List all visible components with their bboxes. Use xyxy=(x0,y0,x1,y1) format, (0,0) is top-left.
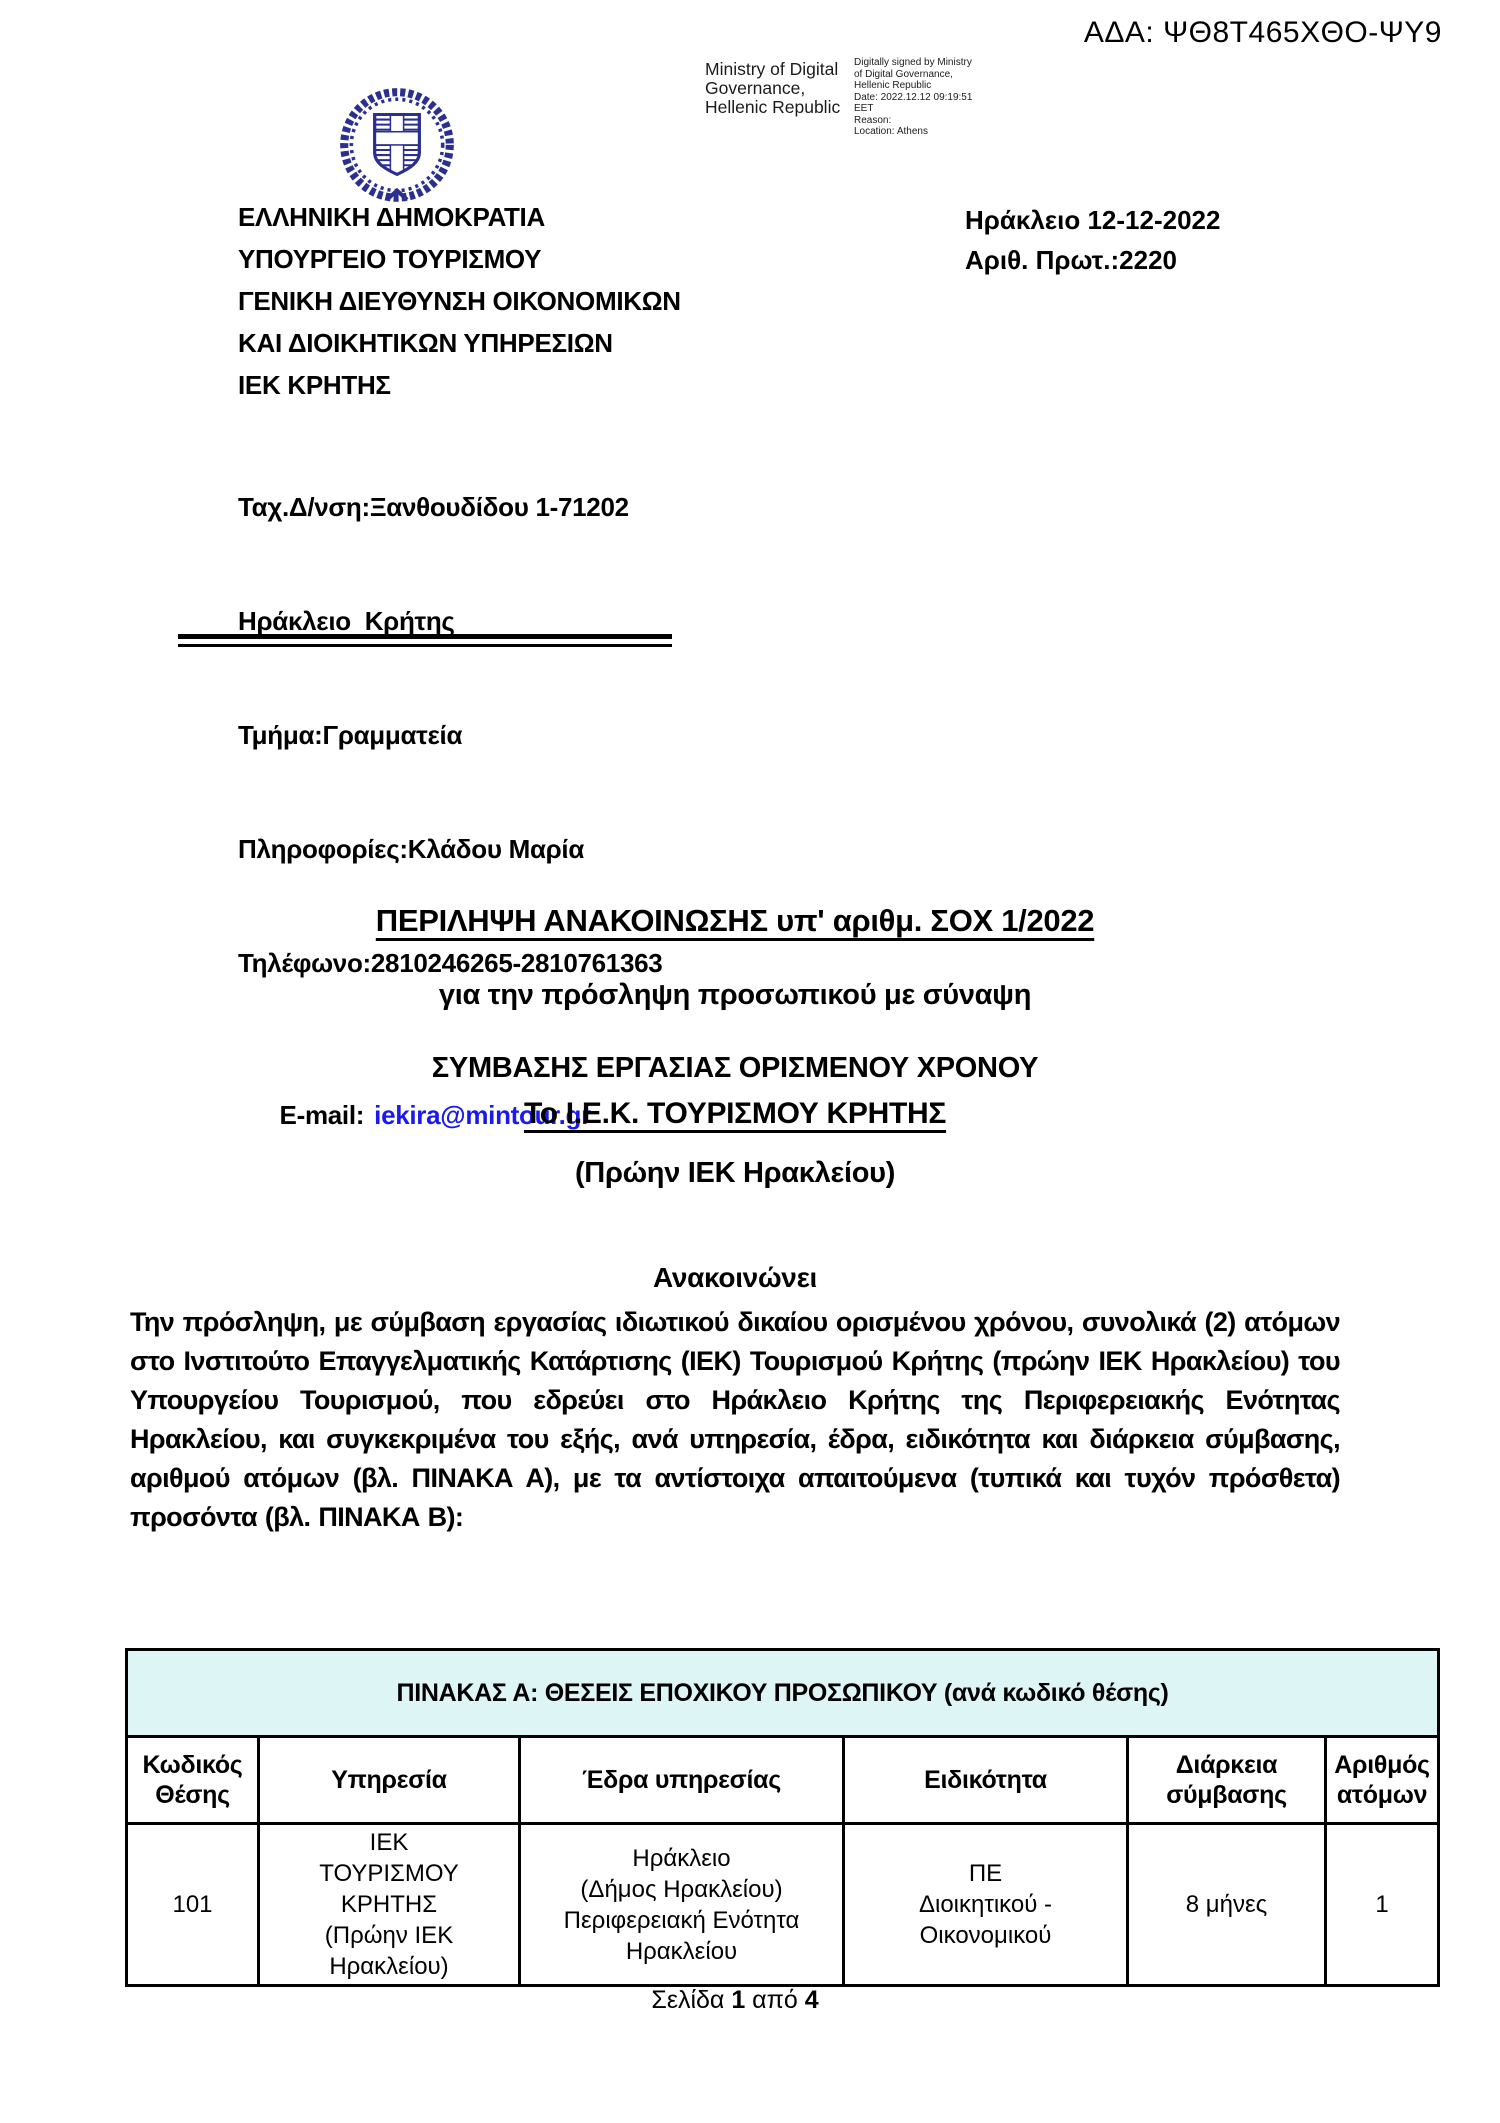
table-title: ΠΙΝΑΚΑΣ Α: ΘΕΣΕΙΣ ΕΠΟΧΙΚΟΥ ΠΡΟΣΩΠΙΚΟΥ (α… xyxy=(127,1650,1439,1737)
agency-block: ΕΛΛΗΝΙΚΗ ΔΗΜΟΚΡΑΤΙΑ ΥΠΟΥΡΓΕΙΟ ΤΟΥΡΙΣΜΟΥ … xyxy=(238,196,681,406)
agency-line-services: ΚΑΙ ΔΙΟΙΚΗΤΙΚΩΝ ΥΠΗΡΕΣΙΩΝ xyxy=(238,322,681,364)
positions-table: ΠΙΝΑΚΑΣ Α: ΘΕΣΕΙΣ ΕΠΟΧΙΚΟΥ ΠΡΟΣΩΠΙΚΟΥ (α… xyxy=(125,1648,1440,1987)
column-header-duration: Διάρκεια σύμβασης xyxy=(1128,1737,1326,1824)
announcement-subtitle-2: ΣΥΜΒΑΣΗΣ ΕΡΓΑΣΙΑΣ ΟΡΙΣΜΕΝΟΥ ΧΡΟΝΟΥ xyxy=(130,1052,1340,1085)
organization-former-name: (Πρώην ΙΕΚ Ηρακλείου) xyxy=(130,1157,1340,1190)
body-paragraph: Την πρόσληψη, με σύμβαση εργασίας ιδιωτι… xyxy=(130,1303,1340,1537)
agency-line-directorate: ΓΕΝΙΚΗ ΔΙΕΥΘΥΝΣΗ ΟΙΚΟΝΟΜΙΚΩΝ xyxy=(238,280,681,322)
announcement-subtitle-1: για την πρόσληψη προσωπικού με σύναψη xyxy=(130,979,1340,1012)
date-protocol-block: Ηράκλειο 12-12-2022 Αριθ. Πρωτ.:2220 xyxy=(965,200,1220,280)
divider-double-rule xyxy=(178,634,672,647)
page-footer: Σελίδα 1 από 4 xyxy=(130,1986,1340,2015)
place-date: Ηράκλειο 12-12-2022 xyxy=(965,200,1220,240)
contact-department: Τμήμα:Γραμματεία xyxy=(238,716,662,754)
organization-name: Το Ι.Ε.Κ. ΤΟΥΡΙΣΜΟΥ ΚΡΗΤΗΣ xyxy=(130,1097,1340,1131)
footer-middle: από xyxy=(745,1986,805,2014)
digital-signature-details: Digitally signed by Ministry of Digital … xyxy=(854,57,972,138)
footer-page-number: 1 xyxy=(731,1986,745,2014)
column-header-code: Κωδικός Θέσης xyxy=(127,1737,259,1824)
agency-line-republic: ΕΛΛΗΝΙΚΗ ΔΗΜΟΚΡΑΤΙΑ xyxy=(238,196,681,238)
column-header-count: Αριθμός ατόμων xyxy=(1326,1737,1439,1824)
contact-phone: Τηλέφωνο:2810246265-2810761363 xyxy=(238,944,662,982)
cell-position-code: 101 xyxy=(127,1824,259,1986)
column-header-specialty: Ειδικότητα xyxy=(844,1737,1128,1824)
contact-address: Ταχ.Δ/νση:Ξανθουδίδου 1-71202 xyxy=(238,488,662,526)
footer-prefix: Σελίδα xyxy=(651,1986,731,2014)
cell-specialty: ΠΕ Διοικητικού - Οικονομικού xyxy=(844,1824,1128,1986)
document-page: ΑΔΑ: ΨΘ8Τ465ΧΘΟ-ΨΥ9 Ministry of Digital … xyxy=(0,0,1500,2123)
cell-duration: 8 μήνες xyxy=(1128,1824,1326,1986)
ada-code: ΑΔΑ: ΨΘ8Τ465ΧΘΟ-ΨΥ9 xyxy=(1084,16,1442,50)
announcement-title: ΠΕΡΙΛΗΨΗ ΑΝΑΚΟΙΝΩΣΗΣ υπ' αριθμ. ΣΟΧ 1/20… xyxy=(130,903,1340,939)
table-title-row: ΠΙΝΑΚΑΣ Α: ΘΕΣΕΙΣ ΕΠΟΧΙΚΟΥ ΠΡΟΣΩΠΙΚΟΥ (α… xyxy=(127,1650,1439,1737)
cell-count: 1 xyxy=(1326,1824,1439,1986)
cell-location: Ηράκλειο (Δήμος Ηρακλείου) Περιφερειακή … xyxy=(520,1824,844,1986)
table-header-row: Κωδικός Θέσης Υπηρεσία Έδρα υπηρεσίας Ει… xyxy=(127,1737,1439,1824)
column-header-service: Υπηρεσία xyxy=(259,1737,520,1824)
contact-person: Πληροφορίες:Κλάδου Μαρία xyxy=(238,830,662,868)
cell-service: ΙΕΚ ΤΟΥΡΙΣΜΟΥ ΚΡΗΤΗΣ (Πρώην ΙΕΚ Ηρακλείο… xyxy=(259,1824,520,1986)
agency-line-ministry: ΥΠΟΥΡΓΕΙΟ ΤΟΥΡΙΣΜΟΥ xyxy=(238,238,681,280)
agency-line-iek: ΙΕΚ ΚΡΗΤΗΣ xyxy=(238,364,681,406)
footer-total-pages: 4 xyxy=(805,1986,819,2014)
announces-heading: Ανακοινώνει xyxy=(130,1262,1340,1294)
digital-signature-signer: Ministry of Digital Governance, Hellenic… xyxy=(705,60,840,117)
column-header-location: Έδρα υπηρεσίας xyxy=(520,1737,844,1824)
protocol-number: Αριθ. Πρωτ.:2220 xyxy=(965,240,1220,280)
table-row: 101 ΙΕΚ ΤΟΥΡΙΣΜΟΥ ΚΡΗΤΗΣ (Πρώην ΙΕΚ Ηρακ… xyxy=(127,1824,1439,1986)
